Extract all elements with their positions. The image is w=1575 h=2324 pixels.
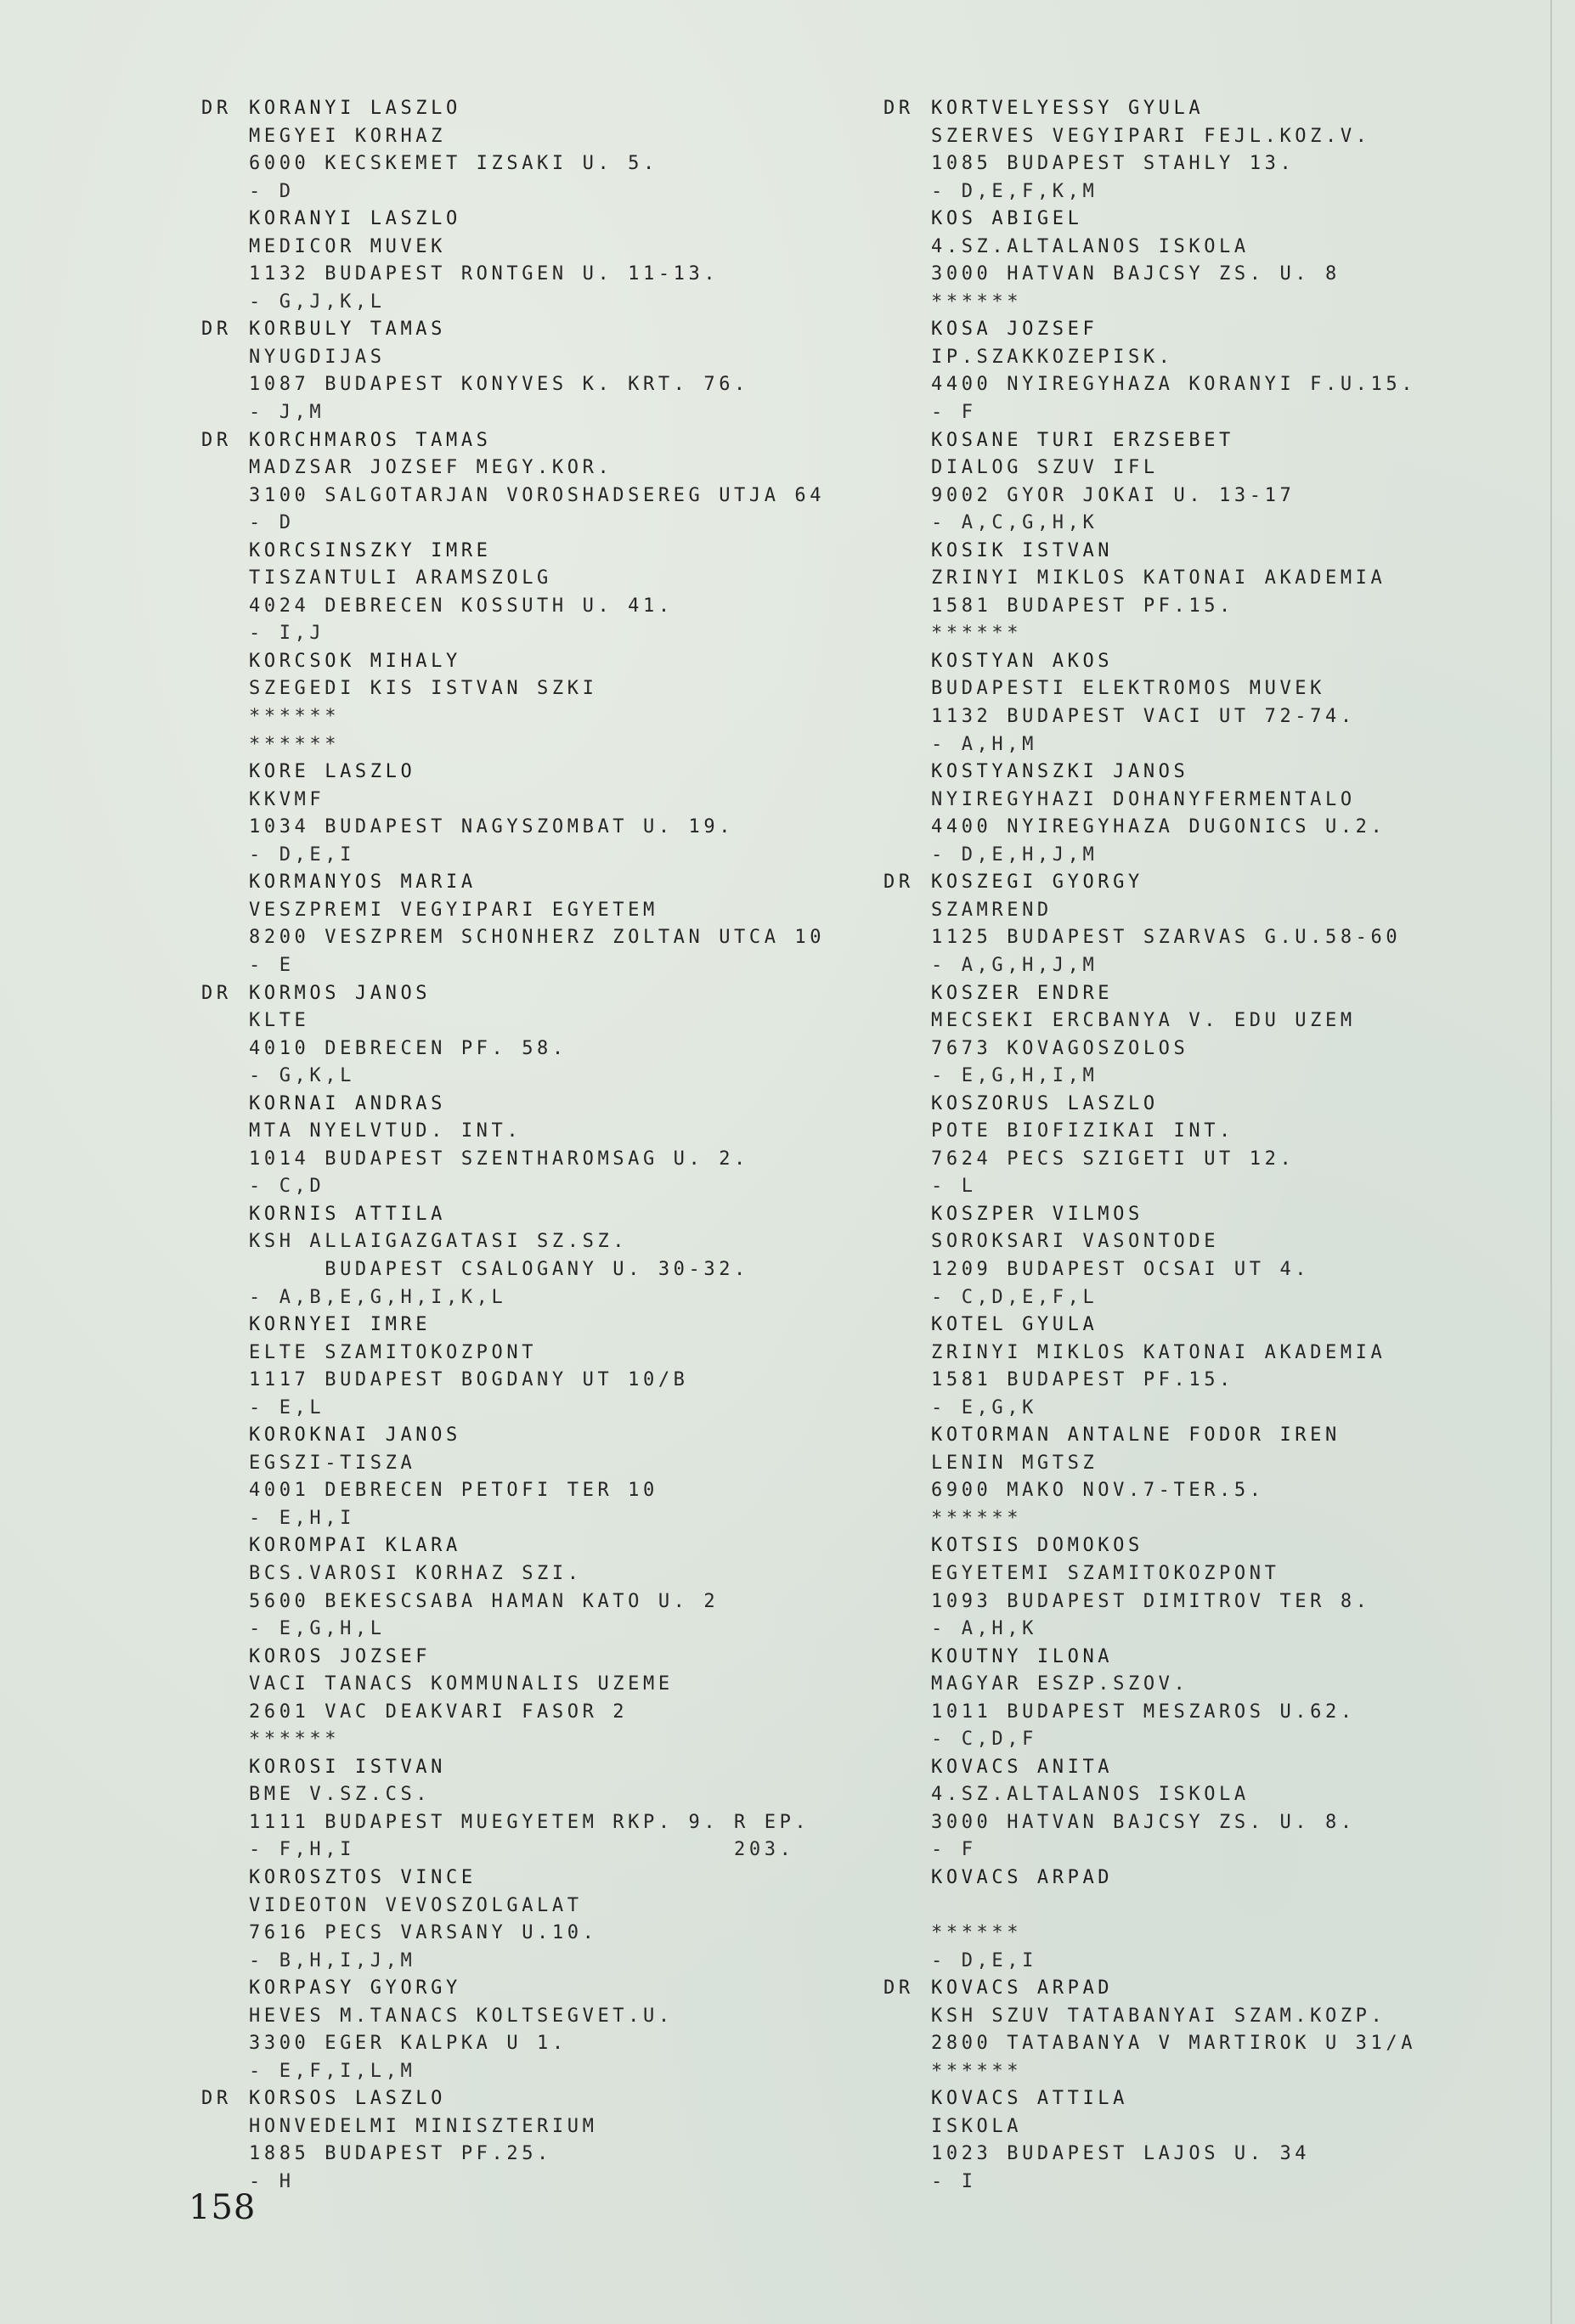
entry-codes: - A,H,M [883,731,1546,759]
entry-organization: MECSEKI ERCBANYA V. EDU UZEM [883,1007,1546,1035]
title-prefix [883,1091,931,1119]
line-text: 1132 BUDAPEST VACI UT 72-74. [931,703,1356,731]
entry-address: BUDAPEST CSALOGANY U. 30-32. [201,1256,864,1284]
title-prefix [201,1644,249,1672]
title-prefix [201,1477,249,1505]
title-prefix [201,869,249,897]
entry-address: 7673 KOVAGOSZOLOS [883,1035,1546,1063]
title-prefix [201,1532,249,1560]
title-prefix [201,371,249,399]
title-prefix [201,814,249,842]
title-prefix [883,371,931,399]
line-text: 4024 DEBRECEN KOSSUTH U. 41. [249,593,674,621]
line-text: KOUTNY ILONA [931,1644,1113,1672]
title-prefix [201,1505,249,1533]
line-text: - J,M [249,399,325,427]
entry-codes: - G,K,L [201,1063,864,1091]
title-prefix [201,924,249,952]
entry-name: KOSTYAN AKOS [883,648,1546,676]
line-text: ISKOLA [931,2113,1022,2141]
title-prefix [201,1948,249,1976]
entry-address: 4400 NYIREGYHAZA DUGONICS U.2. [883,814,1546,842]
title-prefix [201,1422,249,1450]
title-prefix [883,2141,931,2169]
line-text: 1885 BUDAPEST PF.25. [249,2141,552,2169]
title-prefix [883,2058,931,2086]
entry-name: DR KORANYI LASZLO [201,95,864,123]
line-text: 4001 DEBRECEN PETOFI TER 10 [249,1477,658,1505]
line-text: ****** [931,2058,1022,2086]
line-text: 1581 BUDAPEST PF.15. [931,593,1234,621]
line-text: KOTSIS DOMOKOS [931,1532,1143,1560]
entry-name: KOSA JOZSEF [883,316,1546,344]
line-text: - I [931,2169,977,2197]
title-prefix: DR [883,869,931,897]
line-text: 3000 HATVAN BAJCSY ZS. U. 8 [931,261,1341,289]
entry-address: 7624 PECS SZIGETI UT 12. [883,1146,1546,1174]
entry-address: 1111 BUDAPEST MUEGYETEM RKP. 9. R EP. [201,1809,864,1837]
title-prefix [883,842,931,870]
line-text: KOTEL GYULA [931,1311,1098,1340]
title-prefix [201,1892,249,1921]
line-text: KORTVELYESSY GYULA [931,95,1204,123]
title-prefix [201,1781,249,1809]
line-text: DIALOG SZUV IFL [931,454,1159,482]
title-prefix [883,1892,931,1921]
title-prefix [883,1864,931,1892]
line-text: - A,C,G,H,K [931,510,1098,538]
title-prefix [883,1836,931,1864]
title-prefix [201,1284,249,1312]
entry-name: KOTORMAN ANTALNE FODOR IREN [883,1422,1546,1450]
title-prefix: DR [201,2085,249,2113]
title-prefix [883,787,931,815]
title-prefix [201,952,249,980]
title-prefix [201,1063,249,1091]
entry-name: KOSANE TURI ERZSEBET [883,427,1546,455]
title-prefix [883,482,931,510]
title-prefix [883,1671,931,1699]
entry-address: 1117 BUDAPEST BOGDANY UT 10/B [201,1367,864,1395]
title-prefix [201,234,249,262]
entry-address: 3000 HATVAN BAJCSY ZS. U. 8 [883,261,1546,289]
entry-name: KOUTNY ILONA [883,1644,1546,1672]
title-prefix [201,703,249,731]
entry-codes: - A,H,K [883,1616,1546,1644]
title-prefix: DR [883,1975,931,2003]
entry-name: DR KORBULY TAMAS [201,316,864,344]
entry-codes: - F [883,399,1546,427]
title-prefix [201,2113,249,2141]
title-prefix [883,897,931,925]
entry-address: 1011 BUDAPEST MESZAROS U.62. [883,1699,1546,1727]
title-prefix [883,1920,931,1948]
title-prefix [201,1920,249,1948]
entry-asterisks: ****** [883,1920,1546,1948]
entry-address: 1125 BUDAPEST SZARVAS G.U.58-60 [883,924,1546,952]
line-text: ****** [249,1726,340,1754]
line-text: KOVACS ARPAD [931,1975,1113,2003]
entry-name: KOTEL GYULA [883,1311,1546,1340]
line-text: KORNIS ATTILA [249,1201,446,1229]
title-prefix [201,1754,249,1782]
title-prefix: DR [883,95,931,123]
title-prefix [883,980,931,1008]
title-prefix: DR [201,316,249,344]
line-text: - E [249,952,295,980]
title-prefix [201,2030,249,2058]
line-text: KORCSOK MIHALY [249,648,461,676]
entry-codes: - E [201,952,864,980]
entry-address: 6000 KECSKEMET IZSAKI U. 5. [201,150,864,178]
title-prefix [883,1395,931,1423]
entry-codes: - I [883,2169,1546,2197]
blank-line [883,1892,1546,1921]
line-text: - E,F,I,L,M [249,2058,415,2086]
line-text: KOSIK ISTVAN [931,538,1113,566]
line-text: 5600 BEKESCSABA HAMAN KATO U. 2 [249,1588,719,1616]
title-prefix [883,2169,931,2197]
entry-codes: - A,C,G,H,K [883,510,1546,538]
line-text: 6900 MAKO NOV.7-TER.5. [931,1477,1265,1505]
entry-codes: - D [201,510,864,538]
entry-name: DR KOSZEGI GYORGY [883,869,1546,897]
title-prefix [883,593,931,621]
entry-organization: VESZPREMI VEGYIPARI EGYETEM [201,897,864,925]
line-text: - D [249,510,295,538]
line-text: ****** [249,731,340,759]
entry-name: DR KORCHMAROS TAMAS [201,427,864,455]
line-text: - F [931,1836,977,1864]
title-prefix [883,675,931,703]
entry-codes: - L [883,1173,1546,1201]
entry-name: KOSZER ENDRE [883,980,1546,1008]
line-text: ****** [249,703,340,731]
entry-codes: - D,E,I [201,842,864,870]
line-text: KOROS JOZSEF [249,1644,431,1672]
line-text: HEVES M.TANACS KOLTSEGVET.U. [249,2003,674,2031]
line-text: IP.SZAKKOZEPISK. [931,344,1174,372]
line-text: - C,D,F [931,1726,1037,1754]
line-text: KOSTYANSZKI JANOS [931,759,1188,787]
entry-organization: IP.SZAKKOZEPISK. [883,344,1546,372]
title-prefix [883,1505,931,1533]
title-prefix [883,1118,931,1146]
entry-codes: - E,H,I [201,1505,864,1533]
line-text: 1085 BUDAPEST STAHLY 13. [931,150,1295,178]
line-text: HONVEDELMI MINISZTERIUM [249,2113,597,2141]
title-prefix [883,1560,931,1588]
entry-name: DR KORSOS LASZLO [201,2085,864,2113]
line-text: EGSZI-TISZA [249,1450,415,1478]
line-text: BME V.SZ.CS. [249,1781,431,1809]
line-text: BCS.VAROSI KORHAZ SZI. [249,1560,583,1588]
entry-address: 1034 BUDAPEST NAGYSZOMBAT U. 19. [201,814,864,842]
title-prefix [883,648,931,676]
entry-address: 2800 TATABANYA V MARTIROK U 31/A [883,2030,1546,2058]
line-text: ELTE SZAMITOKOZPONT [249,1340,537,1368]
title-prefix: DR [201,95,249,123]
line-text: KKVMF [249,787,325,815]
entry-codes: - D,E,F,K,M [883,178,1546,206]
entry-address: 3000 HATVAN BAJCSY ZS. U. 8. [883,1809,1546,1837]
entry-organization: MEDICOR MUVEK [201,234,864,262]
line-text: 1132 BUDAPEST RONTGEN U. 11-13. [249,261,719,289]
entry-organization: MEGYEI KORHAZ [201,123,864,151]
entry-codes: - H [201,2169,864,2197]
entry-organization: MADZSAR JOZSEF MEGY.KOR. [201,454,864,482]
entry-organization: SZEGEDI KIS ISTVAN SZKI [201,675,864,703]
title-prefix [201,1395,249,1423]
title-prefix [883,399,931,427]
title-prefix [883,1948,931,1976]
line-text: - G,J,K,L [249,289,386,317]
line-text: 4010 DEBRECEN PF. 58. [249,1035,567,1063]
entry-name: KORMANYOS MARIA [201,869,864,897]
line-text: 1581 BUDAPEST PF.15. [931,1367,1234,1395]
entry-address: 3300 EGER KALPKA U 1. [201,2030,864,2058]
line-text: 1093 BUDAPEST DIMITROV TER 8. [931,1588,1371,1616]
entry-address: 4001 DEBRECEN PETOFI TER 10 [201,1477,864,1505]
title-prefix [201,1726,249,1754]
line-text: 1087 BUDAPEST KONYVES K. KRT. 76. [249,371,749,399]
line-text: KOSZPER VILMOS [931,1201,1143,1229]
entry-codes: - F,H,I 203. [201,1836,864,1864]
line-text: - A,H,K [931,1616,1037,1644]
entry-name: KOROS JOZSEF [201,1644,864,1672]
title-prefix [883,565,931,593]
entry-organization: ZRINYI MIKLOS KATONAI AKADEMIA [883,565,1546,593]
line-text: KOROKNAI JANOS [249,1422,461,1450]
line-text: ZRINYI MIKLOS KATONAI AKADEMIA [931,565,1386,593]
line-text: - C,D,E,F,L [931,1284,1098,1312]
line-text: 4.SZ.ALTALANOS ISKOLA [931,234,1250,262]
line-text: ****** [931,1920,1022,1948]
title-prefix [883,1450,931,1478]
title-prefix [883,1146,931,1174]
title-prefix [883,1754,931,1782]
entry-codes: - G,J,K,L [201,289,864,317]
entry-name: DR KORTVELYESSY GYULA [883,95,1546,123]
entry-name: KORCSOK MIHALY [201,648,864,676]
entry-asterisks: ****** [201,1726,864,1754]
entry-organization: KKVMF [201,787,864,815]
entry-organization: LENIN MGTSZ [883,1450,1546,1478]
title-prefix [201,206,249,234]
title-prefix: DR [201,980,249,1008]
line-text: KSH SZUV TATABANYAI SZAM.KOZP. [931,2003,1386,2031]
line-text: MTA NYELVTUD. INT. [249,1118,522,1146]
page-number: 158 [189,2188,256,2227]
line-text: KORMOS JANOS [249,980,431,1008]
line-text: 1125 BUDAPEST SZARVAS G.U.58-60 [931,924,1401,952]
title-prefix [201,1173,249,1201]
line-text: KOSA JOZSEF [931,316,1098,344]
title-prefix [201,565,249,593]
line-text: KORANYI LASZLO [249,206,461,234]
title-prefix [883,1644,931,1672]
title-prefix [883,731,931,759]
title-prefix [201,399,249,427]
title-prefix [883,1532,931,1560]
title-prefix [883,1422,931,1450]
line-text: 2800 TATABANYA V MARTIROK U 31/A [931,2030,1416,2058]
line-text: 9002 GYOR JOKAI U. 13-17 [931,482,1295,510]
title-prefix [201,289,249,317]
line-text: - D,E,I [249,842,355,870]
line-text: - E,L [249,1395,325,1423]
entry-organization: NYIREGYHAZI DOHANYFERMENTALO [883,787,1546,815]
line-text: 1117 BUDAPEST BOGDANY UT 10/B [249,1367,689,1395]
line-text: - A,B,E,G,H,I,K,L [249,1284,506,1312]
entry-address: 1209 BUDAPEST OCSAI UT 4. [883,1256,1546,1284]
entry-address: 1132 BUDAPEST RONTGEN U. 11-13. [201,261,864,289]
title-prefix [883,1284,931,1312]
entry-name: DR KOVACS ARPAD [883,1975,1546,2003]
line-text: 1209 BUDAPEST OCSAI UT 4. [931,1256,1310,1284]
title-prefix [201,1671,249,1699]
line-text: - A,H,M [931,731,1037,759]
entry-address: 1087 BUDAPEST KONYVES K. KRT. 76. [201,371,864,399]
title-prefix [201,1616,249,1644]
entry-codes: - C,D [201,1173,864,1201]
line-text: ZRINYI MIKLOS KATONAI AKADEMIA [931,1340,1386,1368]
line-text: 1014 BUDAPEST SZENTHAROMSAG U. 2. [249,1146,749,1174]
title-prefix [883,178,931,206]
line-text: KOVACS ANITA [931,1754,1113,1782]
entry-name: KORANYI LASZLO [201,206,864,234]
title-prefix [883,1616,931,1644]
entry-name: KOSZPER VILMOS [883,1201,1546,1229]
line-text: 1034 BUDAPEST NAGYSZOMBAT U. 19. [249,814,734,842]
line-text: - E,G,K [931,1395,1037,1423]
entry-address: 4400 NYIREGYHAZA KORANYI F.U.15. [883,371,1546,399]
line-text: MADZSAR JOZSEF MEGY.KOR. [249,454,612,482]
entry-name: KOSIK ISTVAN [883,538,1546,566]
title-prefix [201,1975,249,2003]
entry-asterisks: ****** [883,289,1546,317]
entry-address: 1581 BUDAPEST PF.15. [883,1367,1546,1395]
entry-address: 1132 BUDAPEST VACI UT 72-74. [883,703,1546,731]
title-prefix [201,1091,249,1119]
entry-organization: 4.SZ.ALTALANOS ISKOLA [883,234,1546,262]
title-prefix [883,814,931,842]
title-prefix [201,482,249,510]
entry-organization: VIDEOTON VEVOSZOLGALAT [201,1892,864,1921]
line-text: BUDAPEST CSALOGANY U. 30-32. [249,1256,749,1284]
entry-organization: 4.SZ.ALTALANOS ISKOLA [883,1781,1546,1809]
entry-organization: DIALOG SZUV IFL [883,454,1546,482]
line-text: NYIREGYHAZI DOHANYFERMENTALO [931,787,1356,815]
title-prefix [883,289,931,317]
entry-asterisks: ****** [201,731,864,759]
line-text: KOTORMAN ANTALNE FODOR IREN [931,1422,1341,1450]
title-prefix [201,454,249,482]
title-prefix [201,1367,249,1395]
line-text: MEGYEI KORHAZ [249,123,446,151]
title-prefix [883,206,931,234]
title-prefix [883,510,931,538]
title-prefix [883,703,931,731]
title-prefix [201,1228,249,1256]
line-text: - D,E,F,K,M [931,178,1098,206]
entry-address: 3100 SALGOTARJAN VOROSHADSEREG UTJA 64 [201,482,864,510]
title-prefix [201,842,249,870]
entry-codes: - E,G,K [883,1395,1546,1423]
title-prefix [201,1864,249,1892]
title-prefix [201,1560,249,1588]
line-text: SZERVES VEGYIPARI FEJL.KOZ.V. [931,123,1371,151]
entry-name: KOVACS ARPAD [883,1864,1546,1892]
title-prefix [201,2003,249,2031]
entry-organization: BUDAPESTI ELEKTROMOS MUVEK [883,675,1546,703]
title-prefix [883,952,931,980]
title-prefix [201,759,249,787]
title-prefix [201,1256,249,1284]
line-text: - G,K,L [249,1063,355,1091]
line-text: - F,H,I 203. [249,1836,794,1864]
line-text: - D [249,178,295,206]
line-text: - D,E,I [931,1948,1037,1976]
title-prefix [883,2003,931,2031]
line-text: - L [931,1173,977,1201]
entry-asterisks: ****** [883,1505,1546,1533]
title-prefix [201,344,249,372]
directory-column-right: DR KORTVELYESSY GYULA SZERVES VEGYIPARI … [883,95,1546,2197]
entry-codes: - D,E,I [883,1948,1546,1976]
entry-address: 5600 BEKESCSABA HAMAN KATO U. 2 [201,1588,864,1616]
title-prefix [201,1146,249,1174]
entry-codes: - J,M [201,399,864,427]
entry-address: 1581 BUDAPEST PF.15. [883,593,1546,621]
title-prefix [883,123,931,151]
title-prefix [883,1726,931,1754]
title-prefix [201,648,249,676]
entry-organization: EGSZI-TISZA [201,1450,864,1478]
entry-address: 1093 BUDAPEST DIMITROV TER 8. [883,1588,1546,1616]
line-text: KORE LASZLO [249,759,415,787]
entry-name: KORCSINSZKY IMRE [201,538,864,566]
entry-address: 6900 MAKO NOV.7-TER.5. [883,1477,1546,1505]
entry-organization: HEVES M.TANACS KOLTSEGVET.U. [201,2003,864,2031]
title-prefix [883,1173,931,1201]
entry-organization: BME V.SZ.CS. [201,1781,864,1809]
line-text: 3300 EGER KALPKA U 1. [249,2030,567,2058]
entry-codes: - E,G,H,L [201,1616,864,1644]
title-prefix [201,1588,249,1616]
entry-organization: ISKOLA [883,2113,1546,2141]
line-text: ****** [931,289,1022,317]
entry-organization: VACI TANACS KOMMUNALIS UZEME [201,1671,864,1699]
line-text: SZEGEDI KIS ISTVAN SZKI [249,675,597,703]
line-text: KOROSZTOS VINCE [249,1864,477,1892]
title-prefix [883,1781,931,1809]
entry-name: KOVACS ATTILA [883,2085,1546,2113]
title-prefix [883,759,931,787]
line-text: MECSEKI ERCBANYA V. EDU UZEM [931,1007,1356,1035]
entry-address: 4010 DEBRECEN PF. 58. [201,1035,864,1063]
entry-organization: NYUGDIJAS [201,344,864,372]
line-text: KOSZORUS LASZLO [931,1091,1159,1119]
line-text: KORBULY TAMAS [249,316,446,344]
entry-name: KORNYEI IMRE [201,1311,864,1340]
title-prefix [201,620,249,648]
entry-organization: SZAMREND [883,897,1546,925]
entry-address: 8200 VESZPREM SCHONHERZ ZOLTAN UTCA 10 [201,924,864,952]
title-prefix [883,538,931,566]
title-prefix [201,123,249,151]
title-prefix [883,1007,931,1035]
